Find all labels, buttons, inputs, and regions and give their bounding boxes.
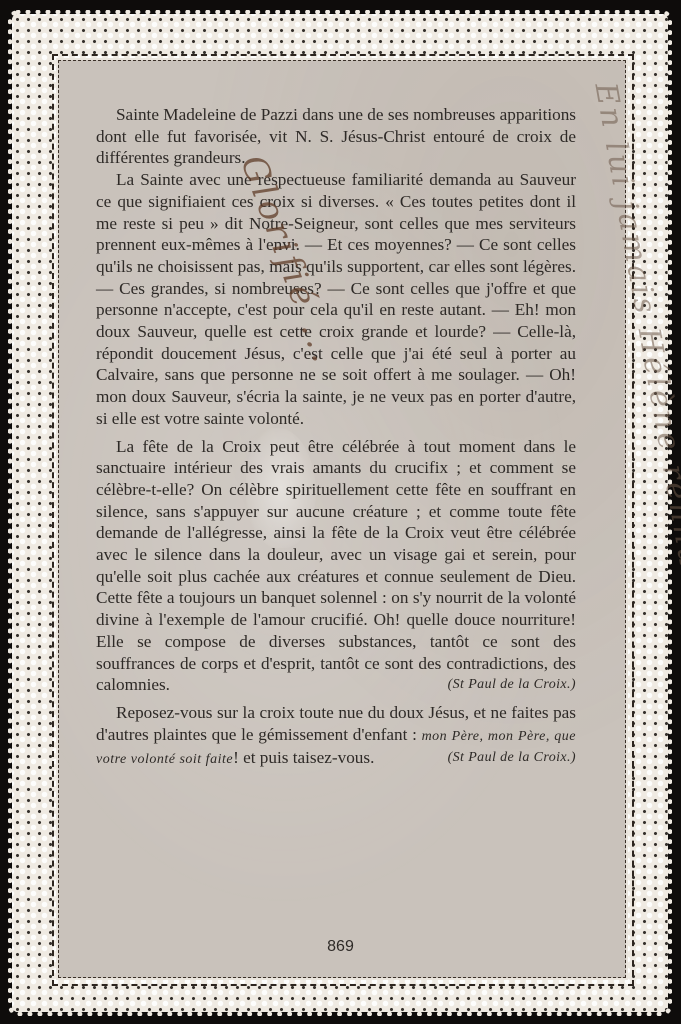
- paragraph-4-source: (St Paul de la Croix.): [428, 747, 576, 769]
- printed-text-block: Sainte Madeleine de Pazzi dans une de se…: [96, 104, 576, 771]
- paragraph-4-text-after: ! et puis taisez-vous.: [233, 748, 374, 767]
- paragraph-3-text: La fête de la Croix peut être célébrée à…: [96, 437, 576, 695]
- paragraph-2: La Sainte avec une respectueuse familiar…: [96, 169, 576, 429]
- page-number: 869: [0, 938, 681, 956]
- paragraph-1: Sainte Madeleine de Pazzi dans une de se…: [96, 104, 576, 169]
- paragraph-4: Reposez-vous sur la croix toute nue du d…: [96, 702, 576, 771]
- paragraph-3: La fête de la Croix peut être célébrée à…: [96, 436, 576, 696]
- paragraph-3-source: (St Paul de la Croix.): [428, 674, 576, 696]
